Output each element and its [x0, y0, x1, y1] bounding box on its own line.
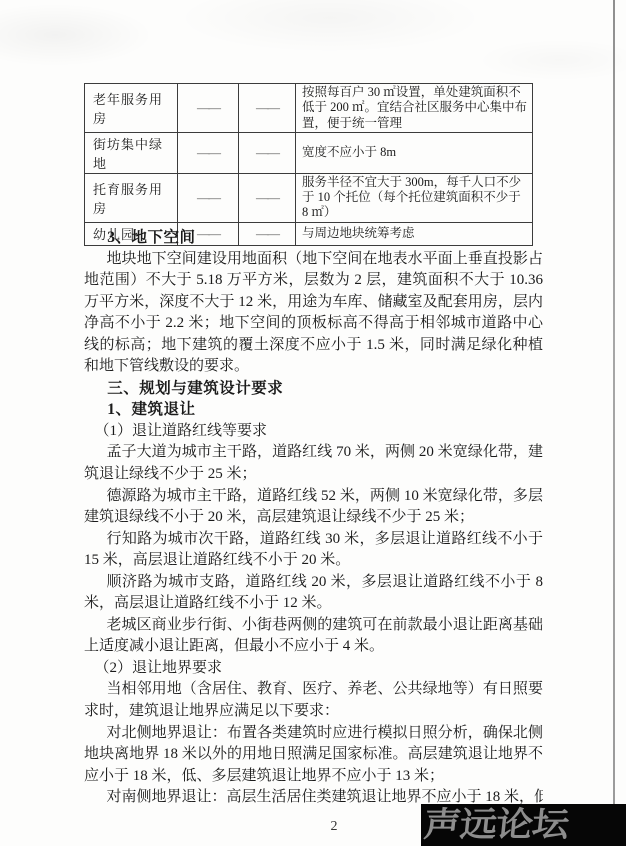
table-row: 街坊集中绿地 —— —— 宽度不应小于 8m	[85, 133, 533, 174]
facility-name-cell: 街坊集中绿地	[85, 133, 178, 174]
dash-cell: ——	[178, 174, 239, 223]
paragraph-xingzhi-road: 行知路为城市次干路，道路红线 30 米，多层退让道路红线不小于 15 米，高层退…	[84, 529, 543, 572]
paragraph-north-boundary: 对北侧地界退让：布置各类建筑时应进行模拟日照分析，确保北侧地块离地界 18 米以…	[84, 723, 543, 788]
document-page: 老年服务用房 —— —— 按照每百户 30 ㎡设置，单处建筑面积不低于 200 …	[0, 0, 626, 846]
paragraph-deyuan-road: 德源路为城市主干路，道路红线 52 米，两侧 10 米宽绿化带，多层建筑退绿线不…	[84, 486, 543, 529]
paragraph-adjacent-land: 当相邻用地（含居住、教育、医疗、养老、公共绿地等）有日照要求时，建筑退让地界应满…	[84, 679, 543, 722]
subsection-road-redline: （1）退让道路红线等要求	[84, 421, 543, 443]
dash-cell: ——	[239, 174, 296, 223]
scan-edge-line	[613, 0, 615, 846]
table-row: 老年服务用房 —— —— 按照每百户 30 ㎡设置，单处建筑面积不低于 200 …	[85, 84, 533, 133]
facility-name-cell: 托育服务用房	[85, 174, 178, 223]
dash-cell: ——	[178, 84, 239, 133]
table-row: 托育服务用房 —— —— 服务半径不宜大于 300m，每千人口不少于 10 个托…	[85, 174, 533, 223]
paragraph-shunji-road: 顺济路为城市支路，道路红线 20 米，多层退让道路红线不小于 8 米，高层退让道…	[84, 572, 543, 615]
document-body: 3、地下空间 地块地下空间建设用地面积（地下空间在地表水平面上垂直投影占地范围）…	[84, 227, 543, 809]
forum-watermark: 声远论坛	[421, 804, 626, 846]
paragraph-mengzi-avenue: 孟子大道为城市主干路，道路红线 70 米，两侧 20 米宽绿化带，建筑退让绿线不…	[84, 442, 543, 485]
facility-name-cell: 老年服务用房	[85, 84, 178, 133]
section-heading-underground-space: 3、地下空间	[84, 227, 543, 249]
dash-cell: ——	[239, 84, 296, 133]
subsection-boundary-setback: （2）退让地界要求	[84, 658, 543, 680]
dash-cell: ——	[178, 133, 239, 174]
service-facilities-table: 老年服务用房 —— —— 按照每百户 30 ㎡设置，单处建筑面积不低于 200 …	[84, 83, 533, 246]
paragraph-old-town-streets: 老城区商业步行街、小街巷两侧的建筑可在前款最小退让距离基础上适度减小退让距离，但…	[84, 615, 543, 658]
requirement-cell: 宽度不应小于 8m	[296, 133, 533, 174]
section-heading-building-setback: 1、建筑退让	[84, 399, 543, 421]
section-heading-planning-design: 三、规划与建筑设计要求	[84, 378, 543, 400]
requirement-cell: 服务半径不宜大于 300m，每千人口不少于 10 个托位（每个托位建筑面积不少于…	[296, 174, 533, 223]
dash-cell: ——	[239, 133, 296, 174]
paragraph-underground-space: 地块地下空间建设用地面积（地下空间在地表水平面上垂直投影占地范围）不大于 5.1…	[84, 249, 543, 378]
forum-watermark-text: 声远论坛	[421, 806, 570, 845]
requirement-cell: 按照每百户 30 ㎡设置，单处建筑面积不低于 200 ㎡。宜结合社区服务中心集中…	[296, 84, 533, 133]
